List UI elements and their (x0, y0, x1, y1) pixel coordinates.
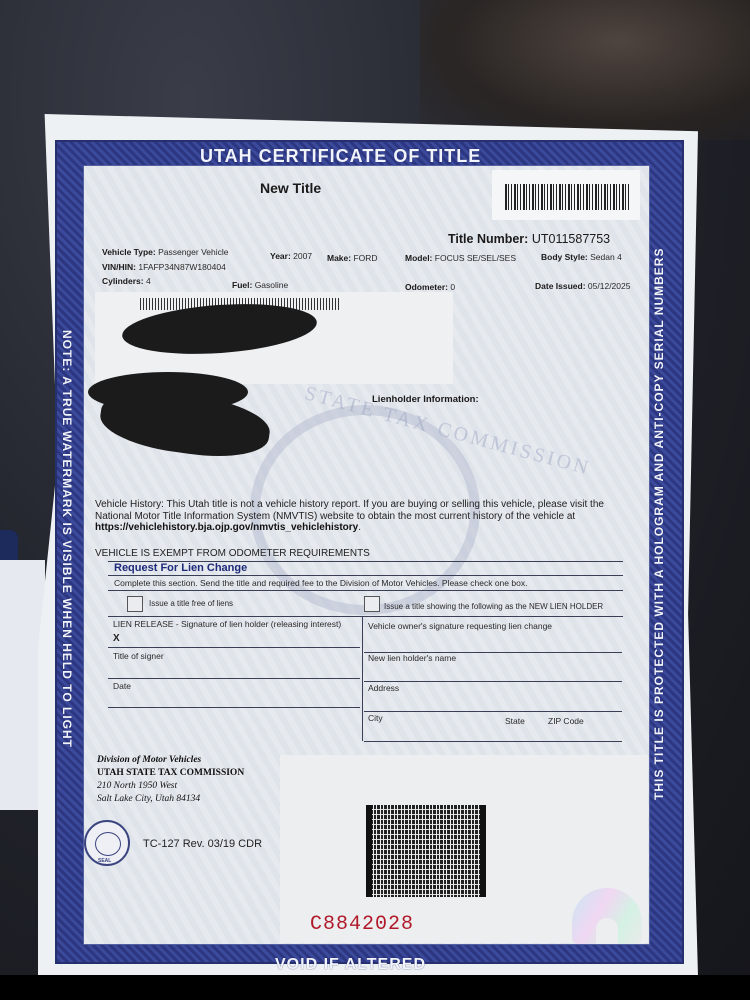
city-state-zip-line[interactable] (364, 741, 622, 742)
odometer-label: Odometer: (405, 282, 448, 292)
new-lien-holder-name-line[interactable] (364, 681, 622, 682)
car-seat-background (420, 0, 750, 140)
form-number: TC-127 Rev. 03/19 CDR (143, 838, 262, 850)
cylinders-value: 4 (146, 276, 151, 286)
date-issued-value: 05/12/2025 (588, 281, 631, 291)
issuer-street: 210 North 1950 West (97, 780, 244, 793)
title-of-signer-label: Title of signer (113, 651, 164, 661)
odometer-value: 0 (450, 282, 455, 292)
lien-release-signature-line[interactable] (108, 647, 360, 648)
divider (108, 590, 623, 591)
fuel-field: Fuel: Gasoline (232, 280, 288, 290)
certificate-heading: UTAH CERTIFICATE OF TITLE (200, 146, 481, 167)
body-style-label: Body Style: (541, 252, 588, 262)
year-label: Year: (270, 251, 291, 261)
seal-label: SEAL (98, 858, 111, 864)
signature-mark: X (113, 633, 120, 644)
free-of-liens-option-label: Issue a title free of liens (149, 599, 233, 608)
serial-number: C8842028 (310, 913, 414, 936)
make-field: Make: FORD (327, 253, 378, 263)
watermark-notice-band: NOTE: A TRUE WATERMARK IS VISIBLE WHEN H… (60, 330, 74, 748)
address-line[interactable] (364, 711, 622, 712)
model-value: FOCUS SE/SEL/SES (435, 253, 516, 263)
cylinders-field: Cylinders: 4 (102, 276, 151, 286)
free-of-liens-checkbox[interactable] (127, 596, 143, 612)
lien-release-label: LIEN RELEASE - Signature of lien holder … (113, 619, 341, 629)
lien-change-heading: Request For Lien Change (114, 562, 247, 574)
fuel-label: Fuel: (232, 280, 252, 290)
new-lien-holder-name-label: New lien holder's name (368, 653, 456, 663)
model-field: Model: FOCUS SE/SEL/SES (405, 253, 516, 263)
date-issued-label: Date Issued: (535, 281, 586, 291)
issuer-address: Division of Motor Vehicles UTAH STATE TA… (97, 754, 244, 806)
date-label: Date (113, 681, 131, 691)
vin-field: VIN/HIN: 1FAFP34N87W180404 (102, 262, 226, 272)
year-value: 2007 (293, 251, 312, 261)
body-style-field: Body Style: Sedan 4 (541, 252, 622, 262)
vin-value: 1FAFP34N87W180404 (138, 262, 225, 272)
vehicle-type-label: Vehicle Type: (102, 247, 156, 257)
divider (108, 575, 623, 576)
barcode-icon (505, 184, 630, 210)
capitol-dome-icon (95, 832, 121, 856)
divider (108, 616, 623, 617)
new-lien-holder-checkbox[interactable] (364, 596, 380, 612)
hologram-notice-band: THIS TITLE IS PROTECTED WITH A HOLOGRAM … (652, 248, 666, 800)
void-if-altered-band: VOID IF ALTERED (275, 956, 426, 974)
issuer-city: Salt Lake City, Utah 84134 (97, 793, 244, 806)
make-value: FORD (353, 253, 377, 263)
owner-signature-label: Vehicle owner's signature requesting lie… (368, 621, 552, 631)
title-number-label: Title Number: (448, 232, 528, 246)
issuer-division: Division of Motor Vehicles (97, 754, 244, 767)
odometer-exempt-notice: VEHICLE IS EXEMPT FROM ODOMETER REQUIREM… (95, 548, 370, 559)
date-line[interactable] (108, 707, 360, 708)
vehicle-type-field: Vehicle Type: Passenger Vehicle (102, 247, 229, 257)
vin-label: VIN/HIN: (102, 262, 136, 272)
lien-change-instructions: Complete this section. Send the title an… (114, 578, 527, 588)
date-issued-field: Date Issued: 05/12/2025 (535, 281, 630, 291)
fuel-value: Gasoline (255, 280, 289, 290)
new-lien-holder-option-label: Issue a title showing the following as t… (384, 602, 603, 611)
state-label: State (505, 716, 525, 726)
year-field: Year: 2007 (270, 251, 312, 261)
body-style-value: Sedan 4 (590, 252, 622, 262)
column-divider (362, 616, 363, 741)
issuer-commission: UTAH STATE TAX COMMISSION (97, 767, 244, 780)
vehicle-type-value: Passenger Vehicle (158, 247, 228, 257)
title-type: New Title (260, 180, 321, 196)
history-text: Vehicle History: This Utah title is not … (95, 499, 604, 522)
pdf417-barcode-icon (366, 805, 486, 897)
title-number: Title Number: UT011587753 (448, 232, 610, 246)
make-label: Make: (327, 253, 351, 263)
nmvtis-link[interactable]: https://vehiclehistory.bja.ojp.gov/nmvti… (95, 522, 358, 533)
cylinders-label: Cylinders: (102, 276, 144, 286)
model-label: Model: (405, 253, 432, 263)
zip-code-label: ZIP Code (548, 716, 584, 726)
title-of-signer-line[interactable] (108, 678, 360, 679)
odometer-field: Odometer: 0 (405, 282, 455, 292)
vehicle-history-notice: Vehicle History: This Utah title is not … (95, 499, 640, 534)
city-label: City (368, 713, 383, 723)
dark-floor-background (0, 975, 750, 1000)
address-label: Address (368, 683, 399, 693)
title-number-value: UT011587753 (532, 232, 610, 246)
